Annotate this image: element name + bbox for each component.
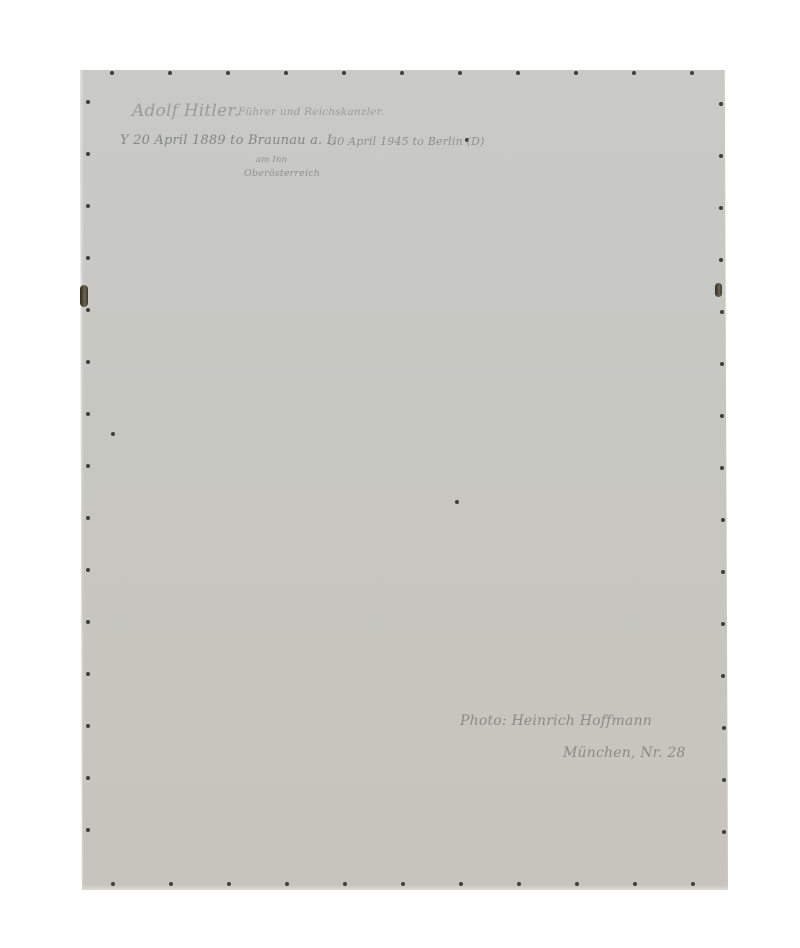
pinhole [86,724,90,728]
inscription-title: Führer und Reichskanzler. [238,106,384,118]
pinhole [86,204,90,208]
photo-city-number: München, Nr. 28 [563,745,686,761]
pinhole [721,570,725,574]
pinhole [86,256,90,260]
pinhole [111,432,115,436]
card-edge-bottom [80,885,728,890]
inscription-region: Oberösterreich [244,168,320,179]
pinhole [721,518,725,522]
right-clip [715,283,722,297]
pinhole [455,500,459,504]
pinhole [227,882,231,886]
pinhole [86,776,90,780]
pinhole [86,412,90,416]
pinhole [632,71,636,75]
inscription-name: Adolf Hitler. [132,101,239,121]
card-edge-left [80,70,84,890]
pinhole [284,71,288,75]
pinhole [719,102,723,106]
pinhole [722,830,726,834]
inscription-death: 30 April 1945 to Berlin (D) [330,135,485,148]
mounting-card [80,70,728,890]
photo-credit: Photo: Heinrich Hoffmann [460,713,652,729]
pinhole [86,620,90,624]
pinhole [720,466,724,470]
pinhole [574,71,578,75]
pinhole [400,71,404,75]
inscription-inn: am Inn [256,155,287,165]
pinhole [110,71,114,75]
pinhole [86,100,90,104]
pinhole [516,71,520,75]
pinhole [690,71,694,75]
pinhole [86,516,90,520]
pinhole [342,71,346,75]
pinhole [86,308,90,312]
pinhole [86,568,90,572]
pinhole [720,362,724,366]
pinhole [111,882,115,886]
pinhole [691,882,695,886]
pinhole [168,71,172,75]
left-clip [80,285,88,307]
pinhole [719,206,723,210]
pinhole [459,882,463,886]
pinhole [721,674,725,678]
pinhole [575,882,579,886]
pinhole [721,622,725,626]
pinhole [517,882,521,886]
pinhole [720,310,724,314]
pinhole [226,71,230,75]
pinhole [86,828,90,832]
inscription-birth: Y 20 April 1889 to Braunau a. I. [120,133,336,148]
pinhole [86,464,90,468]
pinhole [720,414,724,418]
pinhole [86,152,90,156]
pinhole [633,882,637,886]
pinhole [343,882,347,886]
pinhole [458,71,462,75]
pinhole [401,882,405,886]
pinhole [169,882,173,886]
pinhole [722,778,726,782]
pinhole [86,360,90,364]
pinhole [86,672,90,676]
pinhole [285,882,289,886]
pinhole [722,726,726,730]
pinhole [719,154,723,158]
pinhole [719,258,723,262]
